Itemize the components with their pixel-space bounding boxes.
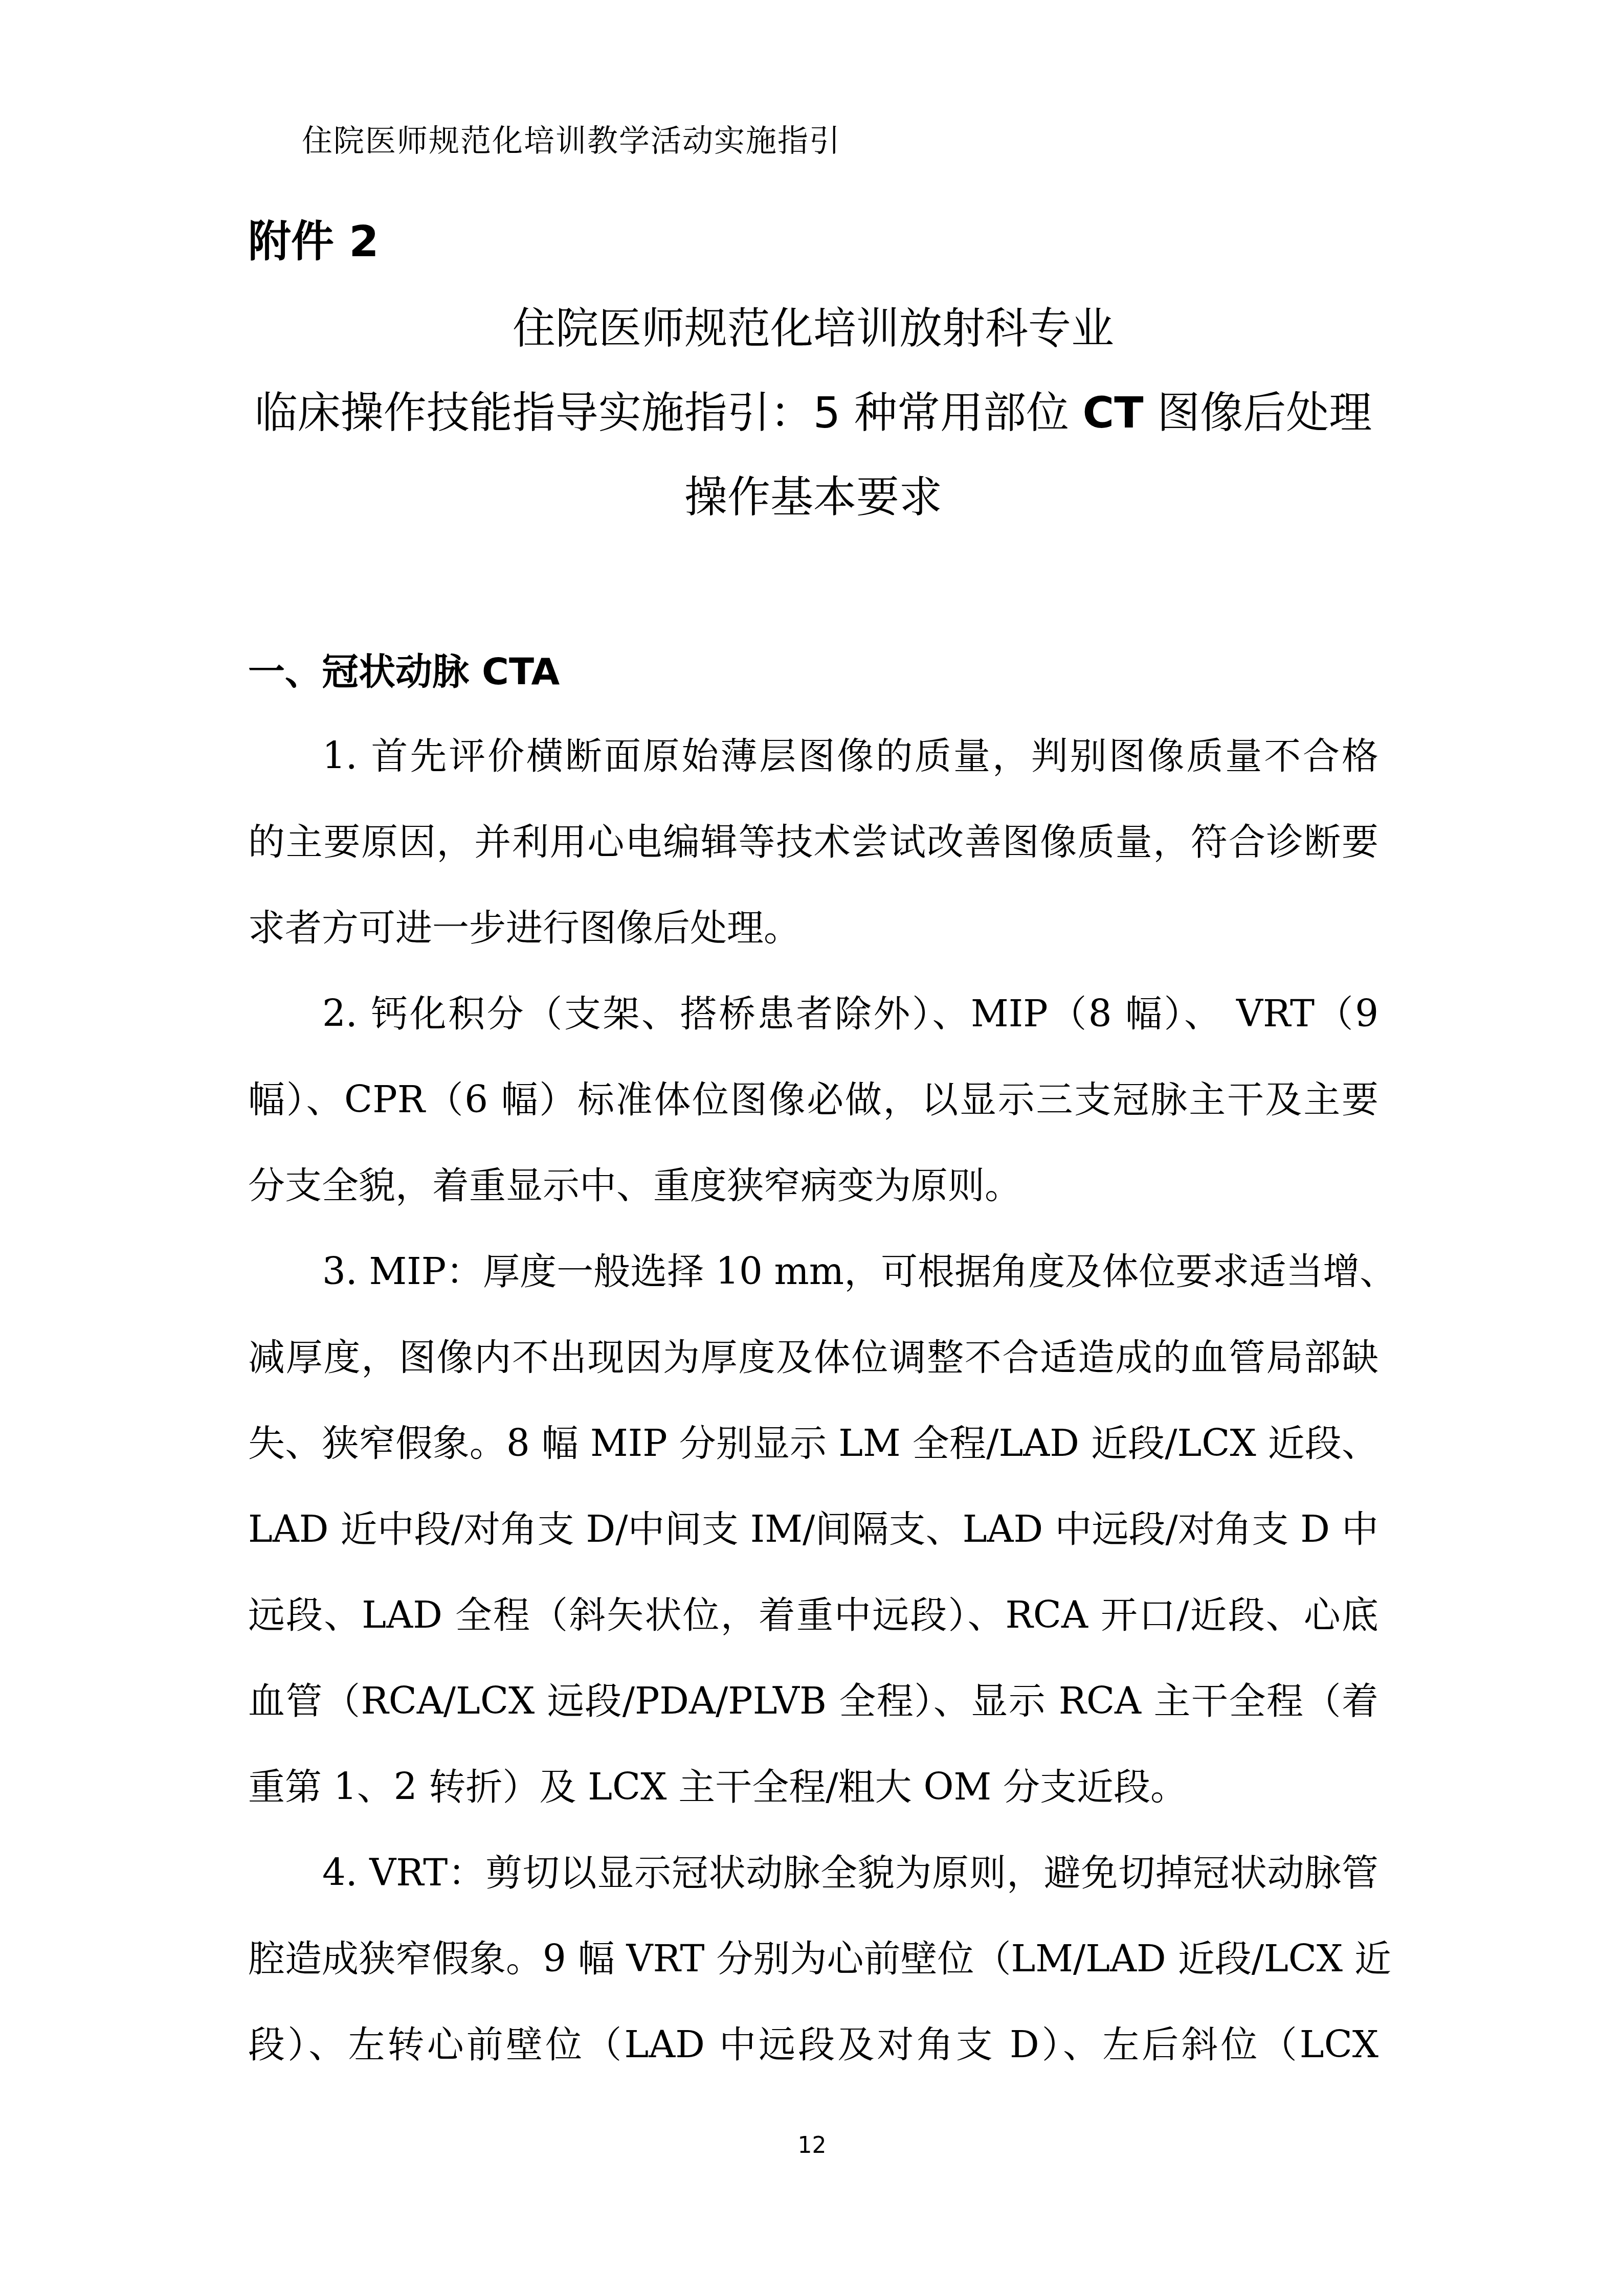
title-line-2-ct: CT [1083,388,1144,438]
annex-label: 附件 2 [248,207,379,269]
paragraph-1-line-3: 求者方可进一步进行图像后处理。 [248,898,1378,951]
paragraph-3-line-1: 3. MIP：厚度一般选择 10 mm，可根据角度及体位要求适当增、 [322,1242,1378,1295]
title-line-2-prefix: 临床操作技能指导实施指引：5 种常用部位 [255,388,1083,438]
paragraph-3-line-4: LAD 近中段/对角支 D/中间支 IM/间隔支、LAD 中远段/对角支 D 中 [248,1499,1378,1552]
document-title-line-1: 住院医师规范化培训放射科专业 [248,294,1378,356]
paragraph-3-line-3: 失、狭窄假象。8 幅 MIP 分别显示 LM 全程/LAD 近段/LCX 近段、 [248,1413,1378,1467]
title-line-2-suffix: 图像后处理 [1144,388,1372,438]
paragraph-1-line-1: 1. 首先评价横断面原始薄层图像的质量，判别图像质量不合格 [322,726,1378,779]
page-number: 12 [0,2132,1624,2158]
paragraph-4-line-2: 腔造成狭窄假象。9 幅 VRT 分别为心前壁位（LM/LAD 近段/LCX 近 [248,1929,1378,1982]
document-title-line-3: 操作基本要求 [248,463,1378,525]
running-header: 住院医师规范化培训教学活动实施指引 [302,117,841,161]
paragraph-2-line-2: 幅）、CPR（6 幅）标准体位图像必做，以显示三支冠脉主干及主要 [248,1070,1378,1123]
paragraph-3-line-2: 减厚度，图像内不出现因为厚度及体位调整不合适造成的血管局部缺 [248,1327,1378,1381]
section-heading: 一、冠状动脉 CTA [248,642,560,695]
paragraph-4-line-1: 4. VRT：剪切以显示冠状动脉全貌为原则，避免切掉冠状动脉管 [322,1843,1378,1896]
paragraph-4-line-3: 段）、左转心前壁位（LAD 中远段及对角支 D）、左后斜位（LCX [248,2015,1378,2068]
paragraph-3-line-5: 远段、LAD 全程（斜矢状位，着重中远段）、RCA 开口/近段、心底 [248,1585,1378,1638]
document-page: 住院医师规范化培训教学活动实施指引 附件 2 住院医师规范化培训放射科专业 临床… [0,0,1624,2296]
paragraph-2-line-3: 分支全貌，着重显示中、重度狭窄病变为原则。 [248,1156,1378,1209]
paragraph-3-line-6: 血管（RCA/LCX 远段/PDA/PLVB 全程）、显示 RCA 主干全程（着 [248,1671,1378,1724]
document-title-line-2: 临床操作技能指导实施指引：5 种常用部位 CT 图像后处理 [248,378,1378,440]
paragraph-1-line-2: 的主要原因，并利用心电编辑等技术尝试改善图像质量，符合诊断要 [248,812,1378,865]
paragraph-3-line-7: 重第 1、2 转折）及 LCX 主干全程/粗大 OM 分支近段。 [248,1757,1378,1810]
paragraph-2-line-1: 2. 钙化积分（支架、搭桥患者除外）、MIP（8 幅）、 VRT（9 [322,984,1378,1037]
